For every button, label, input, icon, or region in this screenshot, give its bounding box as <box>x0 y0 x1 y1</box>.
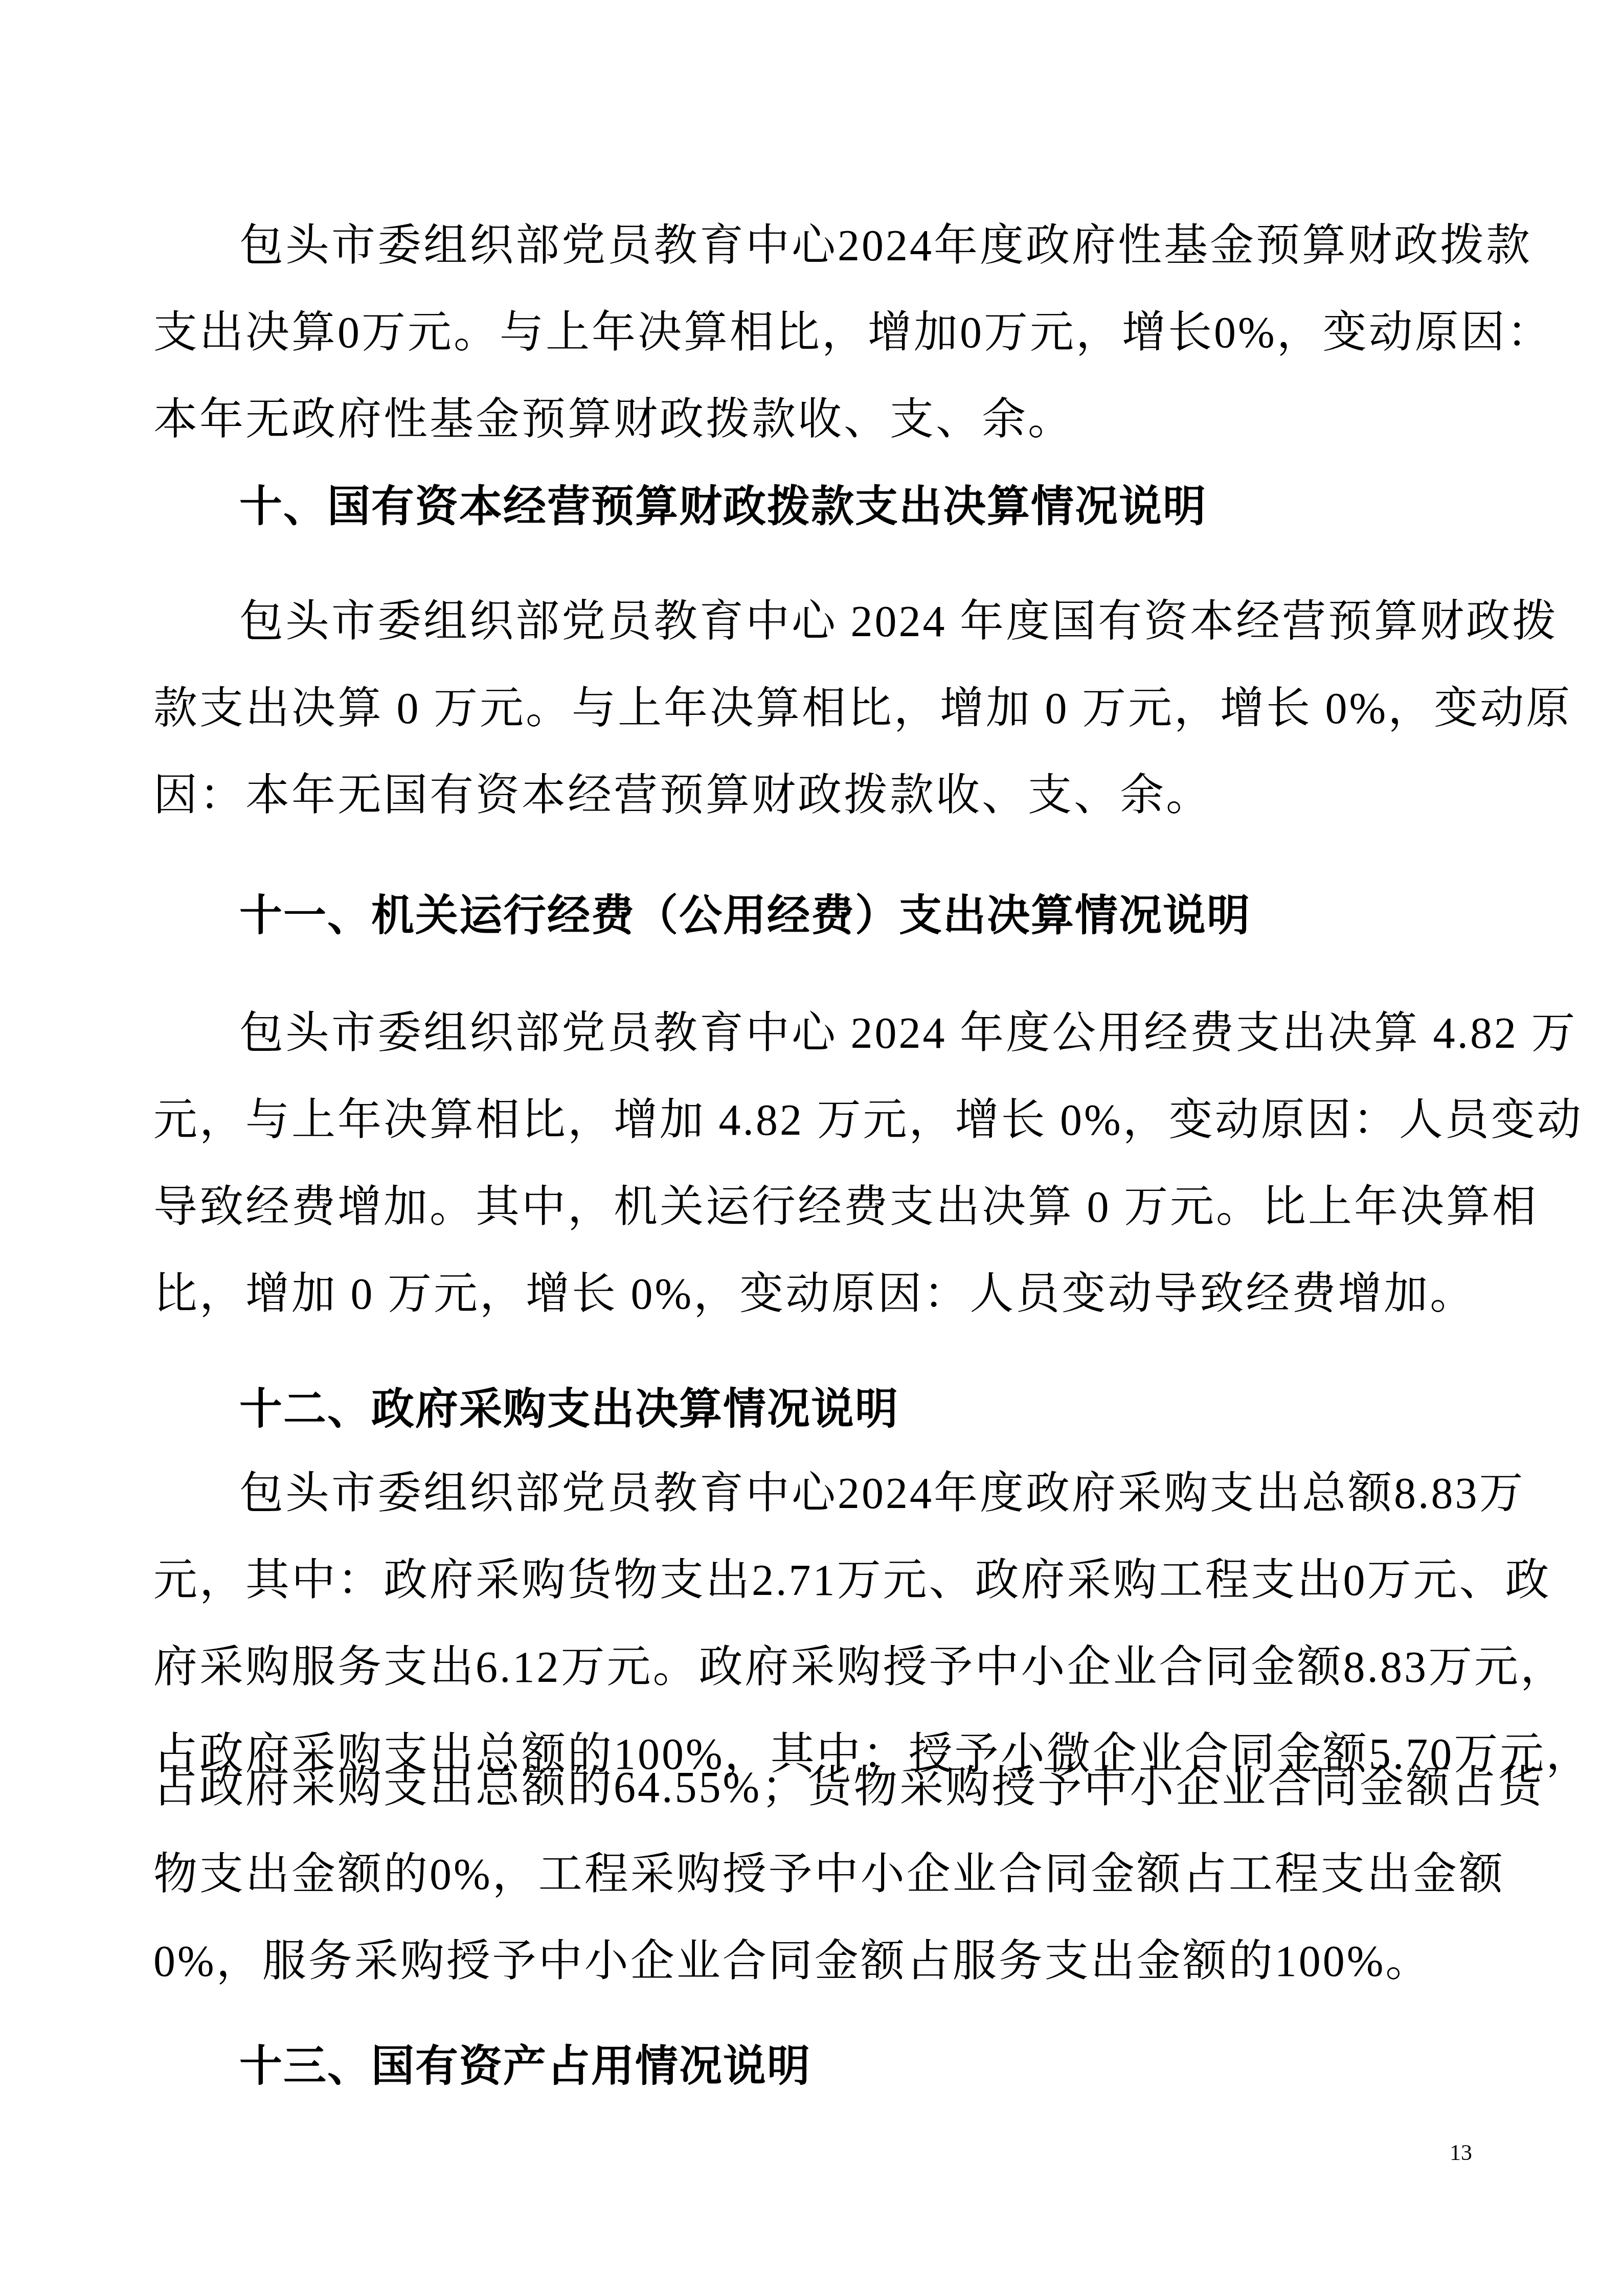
paragraph-line: 款支出决算 0 万元。与上年决算相比，增加 0 万元，增长 0%，变动原 <box>153 680 1483 736</box>
paragraph-line: 因：本年无国有资本经营预算财政拨款收、支、余。 <box>153 767 1483 823</box>
section-heading: 十、国有资本经营预算财政拨款支出决算情况说明 <box>239 478 1207 534</box>
paragraph-line: 包头市委组织部党员教育中心 2024 年度公用经费支出决算 4.82 万 <box>239 1005 1483 1061</box>
paragraph-line: 占政府采购支出总额的64.55%；货物采购授予中小企业合同金额占货 <box>153 1759 1483 1815</box>
paragraph-line: 导致经费增加。其中，机关运行经费支出决算 0 万元。比上年决算相 <box>153 1179 1483 1235</box>
paragraph-line: 0%，服务采购授予中小企业合同金额占服务支出金额的100%。 <box>153 1933 1483 1989</box>
paragraph-line: 包头市委组织部党员教育中心2024年度政府采购支出总额8.83万 <box>239 1465 1483 1521</box>
section-heading: 十一、机关运行经费（公用经费）支出决算情况说明 <box>239 887 1251 943</box>
page-number: 13 <box>1450 2137 1472 2168</box>
paragraph-line: 元，与上年决算相比，增加 4.82 万元，增长 0%，变动原因：人员变动 <box>153 1092 1483 1148</box>
paragraph-line: 比，增加 0 万元，增长 0%，变动原因：人员变动导致经费增加。 <box>153 1266 1483 1322</box>
paragraph-line: 府采购服务支出6.12万元。政府采购授予中小企业合同金额8.83万元， <box>153 1639 1483 1695</box>
paragraph-line: 本年无政府性基金预算财政拨款收、支、余。 <box>153 391 1483 447</box>
paragraph-line: 支出决算0万元。与上年决算相比，增加0万元，增长0%，变动原因： <box>153 304 1483 361</box>
document-page: 包头市委组织部党员教育中心2024年度政府性基金预算财政拨款 支出决算0万元。与… <box>0 0 1623 2296</box>
section-heading: 十三、国有资产占用情况说明 <box>239 2038 811 2094</box>
paragraph-line: 包头市委组织部党员教育中心2024年度政府性基金预算财政拨款 <box>239 217 1483 274</box>
paragraph-line: 物支出金额的0%，工程采购授予中小企业合同金额占工程支出金额 <box>153 1846 1483 1902</box>
paragraph-line: 包头市委组织部党员教育中心 2024 年度国有资本经营预算财政拨 <box>239 593 1483 649</box>
section-heading: 十二、政府采购支出决算情况说明 <box>239 1381 899 1437</box>
paragraph-line: 元，其中：政府采购货物支出2.71万元、政府采购工程支出0万元、政 <box>153 1552 1483 1608</box>
